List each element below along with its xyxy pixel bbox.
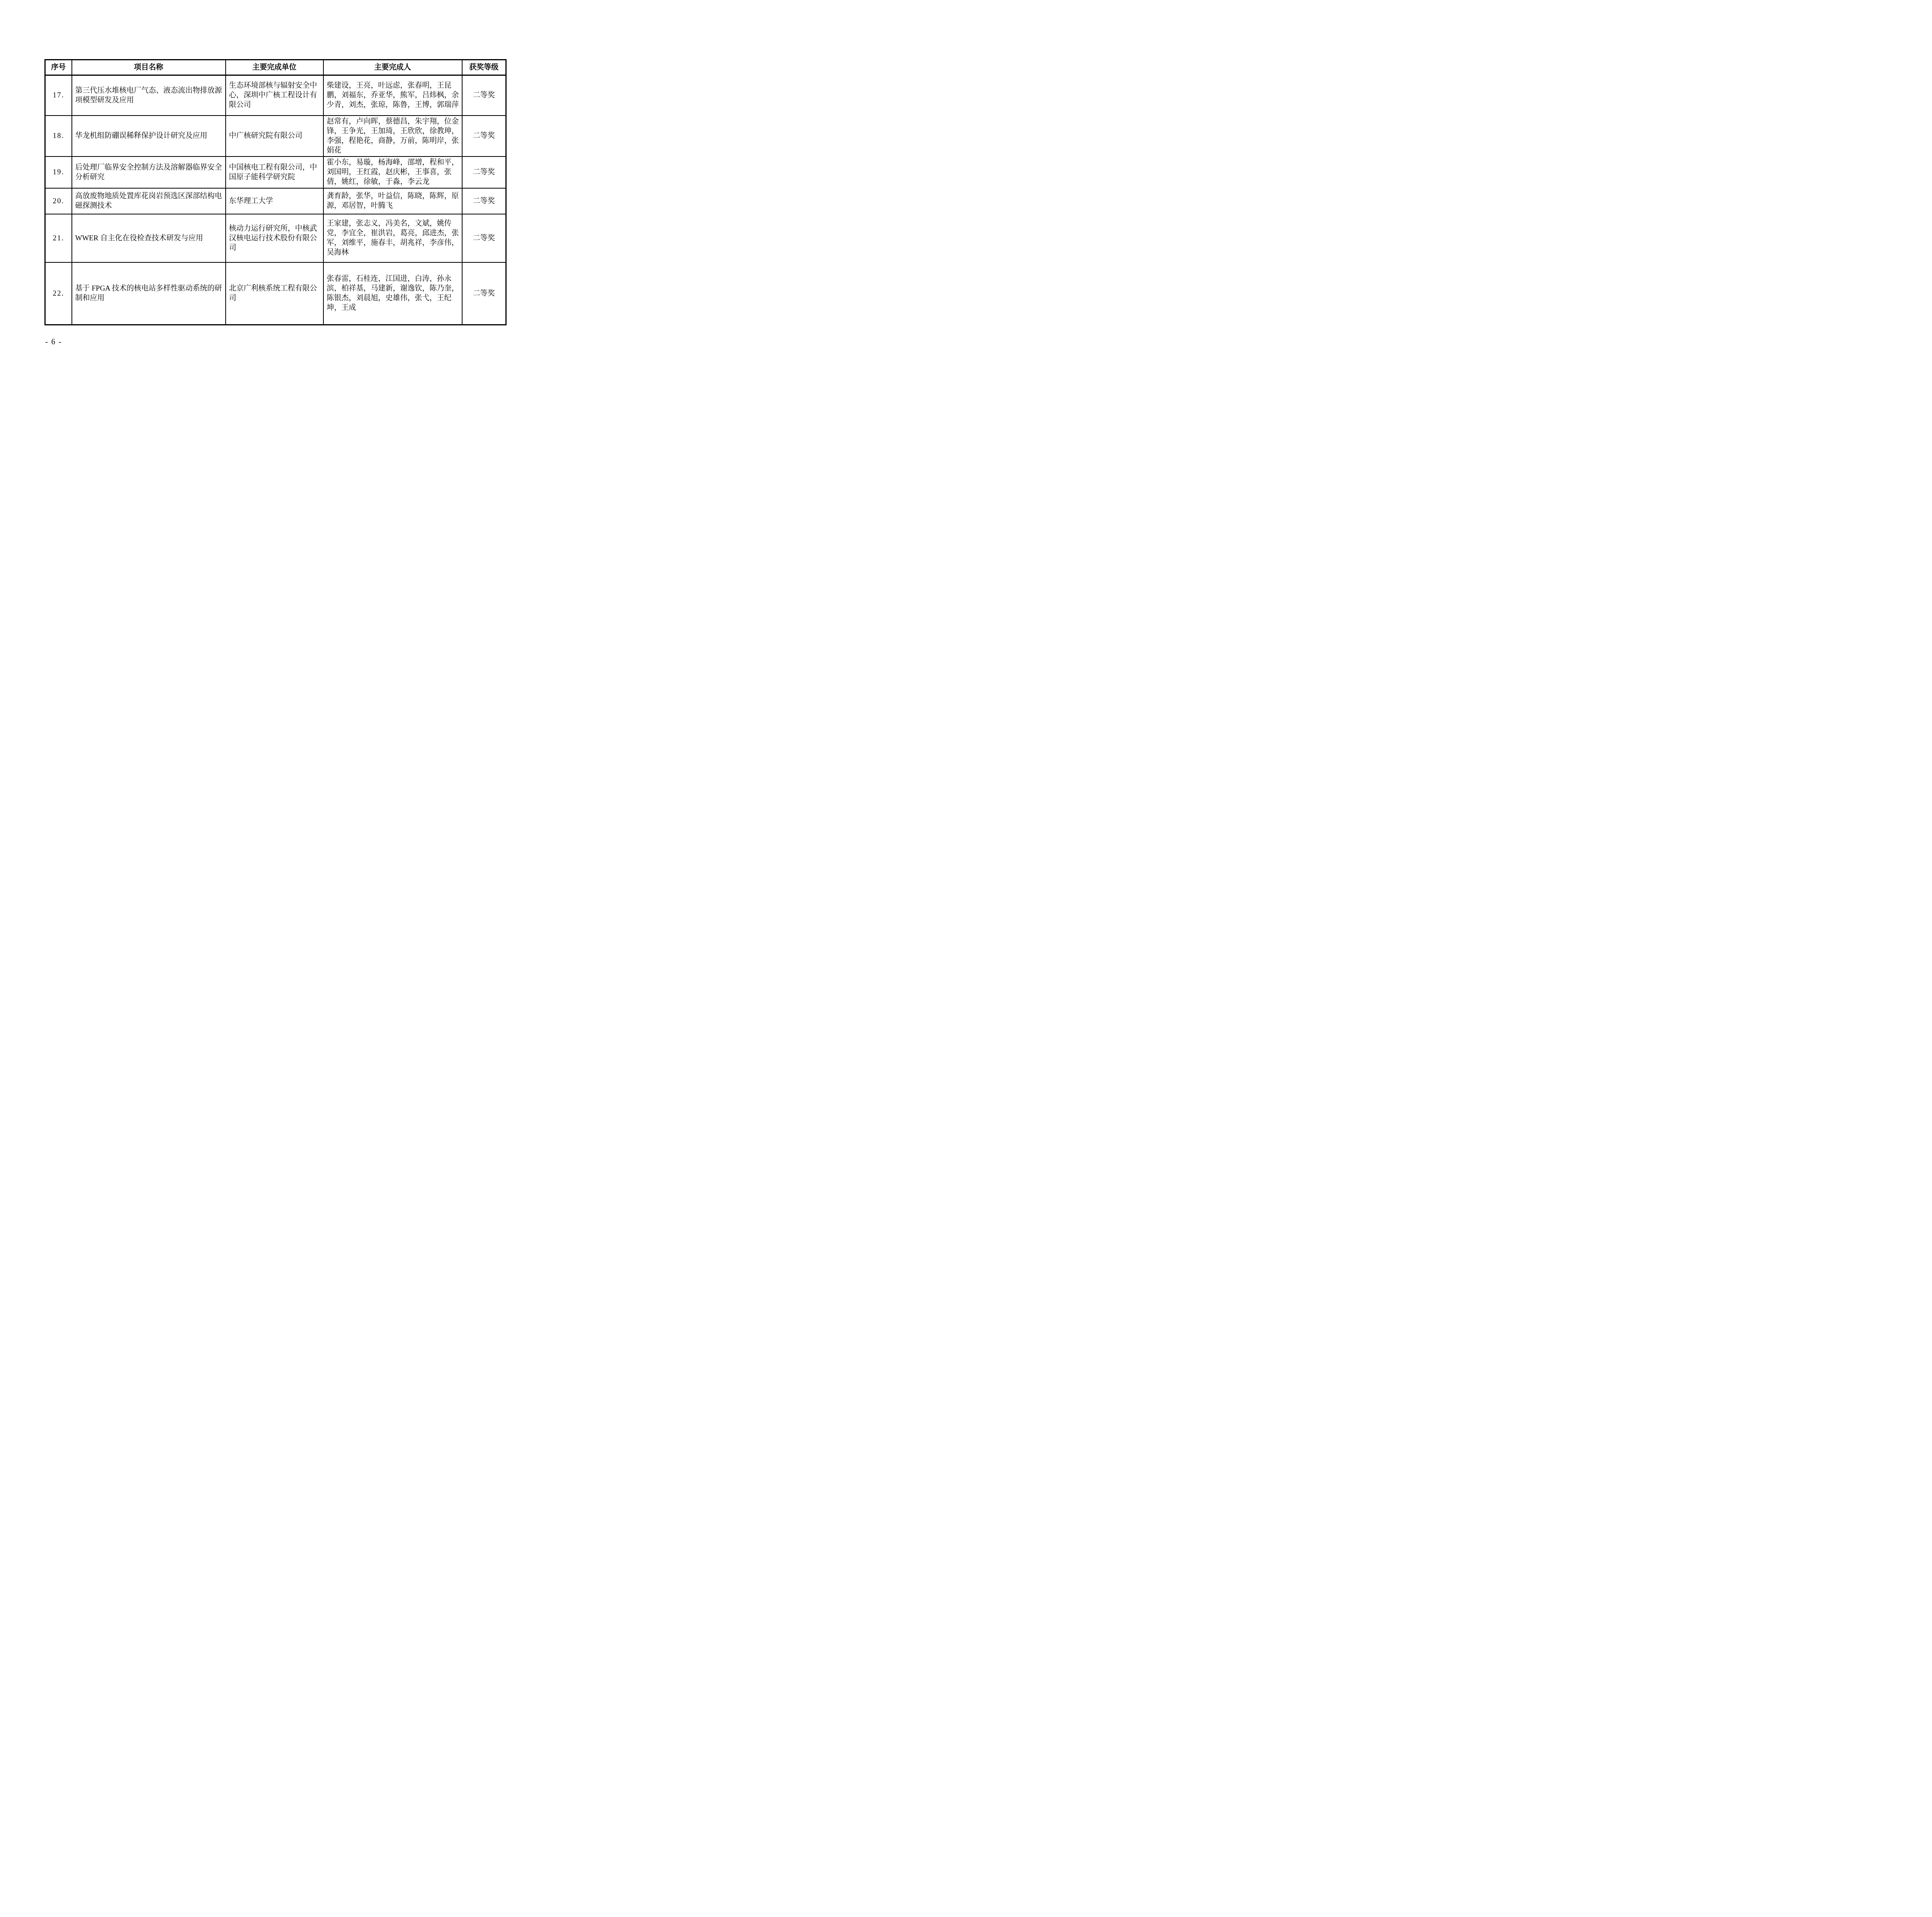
cell-unit: 核动力运行研究所，中核武汉核电运行技术股份有限公司 bbox=[226, 214, 323, 262]
cell-award: 二等奖 bbox=[462, 116, 506, 156]
cell-people: 赵常有，卢向晖，蔡德昌，朱宇翔，位金锋，王争光，王加琦，王欣欣，徐教珅，李强，程… bbox=[323, 116, 462, 156]
column-header-project: 项目名称 bbox=[72, 60, 226, 75]
unit-name: 生态环境部核与辐射安全中心，深圳中广核工程设计有限公司 bbox=[226, 80, 323, 111]
column-header-award: 获奖等级 bbox=[462, 60, 506, 75]
people-names: 龚育龄，张华，叶益信，陈晓，陈辉，原源，邓居智，叶腾飞 bbox=[324, 191, 462, 211]
cell-unit: 东华理工大学 bbox=[226, 188, 323, 214]
cell-index: 18. bbox=[45, 116, 72, 156]
cell-index: 20. bbox=[45, 188, 72, 214]
table-row: 20. 高放废物地质处置库花岗岩预选区深部结构电磁探测技术 东华理工大学 龚育龄… bbox=[45, 188, 506, 214]
unit-name: 东华理工大学 bbox=[226, 196, 323, 207]
page-number: - 6 - bbox=[45, 338, 62, 347]
cell-project: 高放废物地质处置库花岗岩预选区深部结构电磁探测技术 bbox=[72, 188, 226, 214]
cell-award: 二等奖 bbox=[462, 214, 506, 262]
award-table: 序号 项目名称 主要完成单位 主要完成人 获奖等级 17. 第三代压水堆核电厂气… bbox=[44, 59, 507, 325]
table-row: 19. 后处理厂临界安全控制方法及溶解器临界安全分析研究 中国核电工程有限公司，… bbox=[45, 156, 506, 188]
cell-people: 霍小东，易璇，杨海峰，邵增，程和平，刘国明，王红霞，赵庆彬，王事喜，张倩，姚红，… bbox=[323, 156, 462, 188]
cell-index: 19. bbox=[45, 156, 72, 188]
cell-project: 基于 FPGA 技术的核电站多样性驱动系统的研制和应用 bbox=[72, 262, 226, 325]
project-name: 华龙机组防硼误稀释保护设计研究及应用 bbox=[72, 130, 225, 141]
people-names: 王家建，张志义，冯美名，文斌，姚传党，李宜全，崔洪岩，葛亮，邱进杰，张军，刘维平… bbox=[324, 218, 462, 258]
cell-index: 21. bbox=[45, 214, 72, 262]
people-names: 柴建设，王亮，叶远虑，张春明，王昆鹏，刘福东，乔亚华，熊军，吕炜枫，余少青，刘杰… bbox=[324, 80, 462, 111]
column-header-unit: 主要完成单位 bbox=[226, 60, 323, 75]
project-name: 基于 FPGA 技术的核电站多样性驱动系统的研制和应用 bbox=[72, 283, 225, 304]
cell-project: WWER 自主化在役检查技术研发与应用 bbox=[72, 214, 226, 262]
table-row: 17. 第三代压水堆核电厂气态、液态流出物排放源项模型研发及应用 生态环境部核与… bbox=[45, 75, 506, 116]
cell-people: 龚育龄，张华，叶益信，陈晓，陈辉，原源，邓居智，叶腾飞 bbox=[323, 188, 462, 214]
unit-name: 北京广利核系统工程有限公司 bbox=[226, 283, 323, 304]
people-names: 张春雷，石桂连，江国进，白涛，孙永滨，柏祥基，马建新，谢逸钦，陈乃奎，陈银杰，刘… bbox=[324, 273, 462, 313]
people-names: 霍小东，易璇，杨海峰，邵增，程和平，刘国明，王红霞，赵庆彬，王事喜，张倩，姚红，… bbox=[324, 157, 462, 187]
people-names: 赵常有，卢向晖，蔡德昌，朱宇翔，位金锋，王争光，王加琦，王欣欣，徐教珅，李强，程… bbox=[324, 116, 462, 156]
cell-index: 17. bbox=[45, 75, 72, 116]
table-row: 18. 华龙机组防硼误稀释保护设计研究及应用 中广核研究院有限公司 赵常有，卢向… bbox=[45, 116, 506, 156]
cell-people: 柴建设，王亮，叶远虑，张春明，王昆鹏，刘福东，乔亚华，熊军，吕炜枫，余少青，刘杰… bbox=[323, 75, 462, 116]
document-page: 序号 项目名称 主要完成单位 主要完成人 获奖等级 17. 第三代压水堆核电厂气… bbox=[0, 0, 542, 383]
project-name: 后处理厂临界安全控制方法及溶解器临界安全分析研究 bbox=[72, 162, 225, 183]
cell-project: 第三代压水堆核电厂气态、液态流出物排放源项模型研发及应用 bbox=[72, 75, 226, 116]
cell-award: 二等奖 bbox=[462, 188, 506, 214]
column-header-index: 序号 bbox=[45, 60, 72, 75]
cell-people: 张春雷，石桂连，江国进，白涛，孙永滨，柏祥基，马建新，谢逸钦，陈乃奎，陈银杰，刘… bbox=[323, 262, 462, 325]
cell-unit: 生态环境部核与辐射安全中心，深圳中广核工程设计有限公司 bbox=[226, 75, 323, 116]
header-row: 序号 项目名称 主要完成单位 主要完成人 获奖等级 bbox=[45, 60, 506, 75]
cell-unit: 北京广利核系统工程有限公司 bbox=[226, 262, 323, 325]
table-row: 22. 基于 FPGA 技术的核电站多样性驱动系统的研制和应用 北京广利核系统工… bbox=[45, 262, 506, 325]
column-header-people: 主要完成人 bbox=[323, 60, 462, 75]
cell-award: 二等奖 bbox=[462, 75, 506, 116]
unit-name: 中国核电工程有限公司，中国原子能科学研究院 bbox=[226, 162, 323, 183]
table-row: 21. WWER 自主化在役检查技术研发与应用 核动力运行研究所，中核武汉核电运… bbox=[45, 214, 506, 262]
project-name: 高放废物地质处置库花岗岩预选区深部结构电磁探测技术 bbox=[72, 191, 225, 211]
unit-name: 核动力运行研究所，中核武汉核电运行技术股份有限公司 bbox=[226, 223, 323, 253]
project-name: WWER 自主化在役检查技术研发与应用 bbox=[72, 233, 225, 244]
cell-project: 华龙机组防硼误稀释保护设计研究及应用 bbox=[72, 116, 226, 156]
cell-award: 二等奖 bbox=[462, 262, 506, 325]
cell-unit: 中广核研究院有限公司 bbox=[226, 116, 323, 156]
project-name: 第三代压水堆核电厂气态、液态流出物排放源项模型研发及应用 bbox=[72, 85, 225, 106]
cell-project: 后处理厂临界安全控制方法及溶解器临界安全分析研究 bbox=[72, 156, 226, 188]
unit-name: 中广核研究院有限公司 bbox=[226, 130, 323, 141]
cell-people: 王家建，张志义，冯美名，文斌，姚传党，李宜全，崔洪岩，葛亮，邱进杰，张军，刘维平… bbox=[323, 214, 462, 262]
cell-unit: 中国核电工程有限公司，中国原子能科学研究院 bbox=[226, 156, 323, 188]
cell-award: 二等奖 bbox=[462, 156, 506, 188]
cell-index: 22. bbox=[45, 262, 72, 325]
